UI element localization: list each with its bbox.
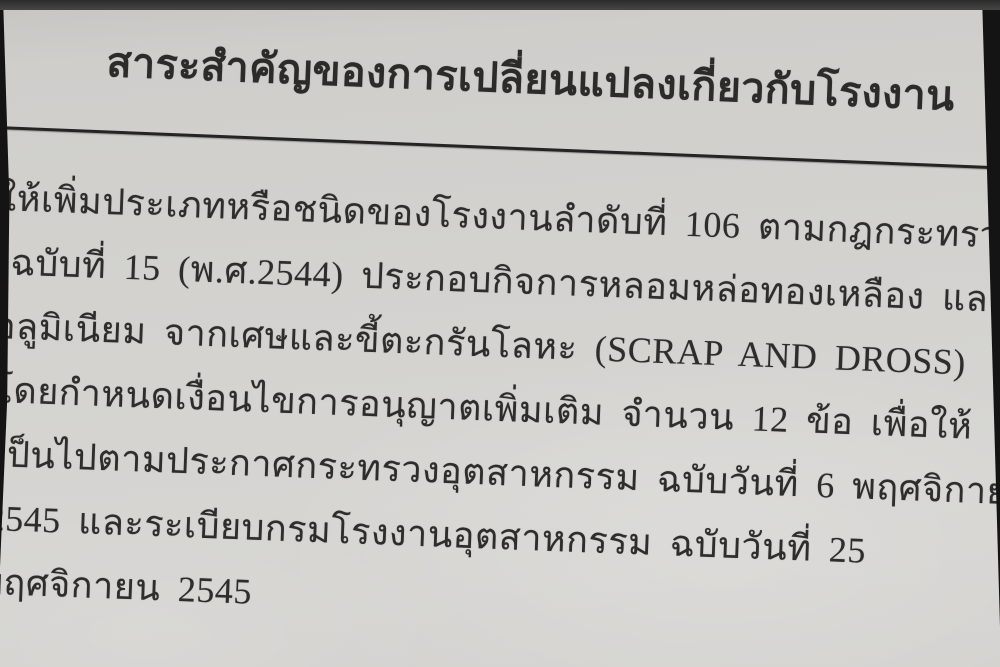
- photo-frame: สาระสำคัญของการเปลี่ยนแปลงเกี่ยวกับโรงงา…: [0, 0, 1000, 667]
- scan-edge-top: [0, 0, 1000, 10]
- document-body: ให้เพิ่มประเภทหรือชนิดของโรงงานลำดับที่ …: [0, 166, 1000, 654]
